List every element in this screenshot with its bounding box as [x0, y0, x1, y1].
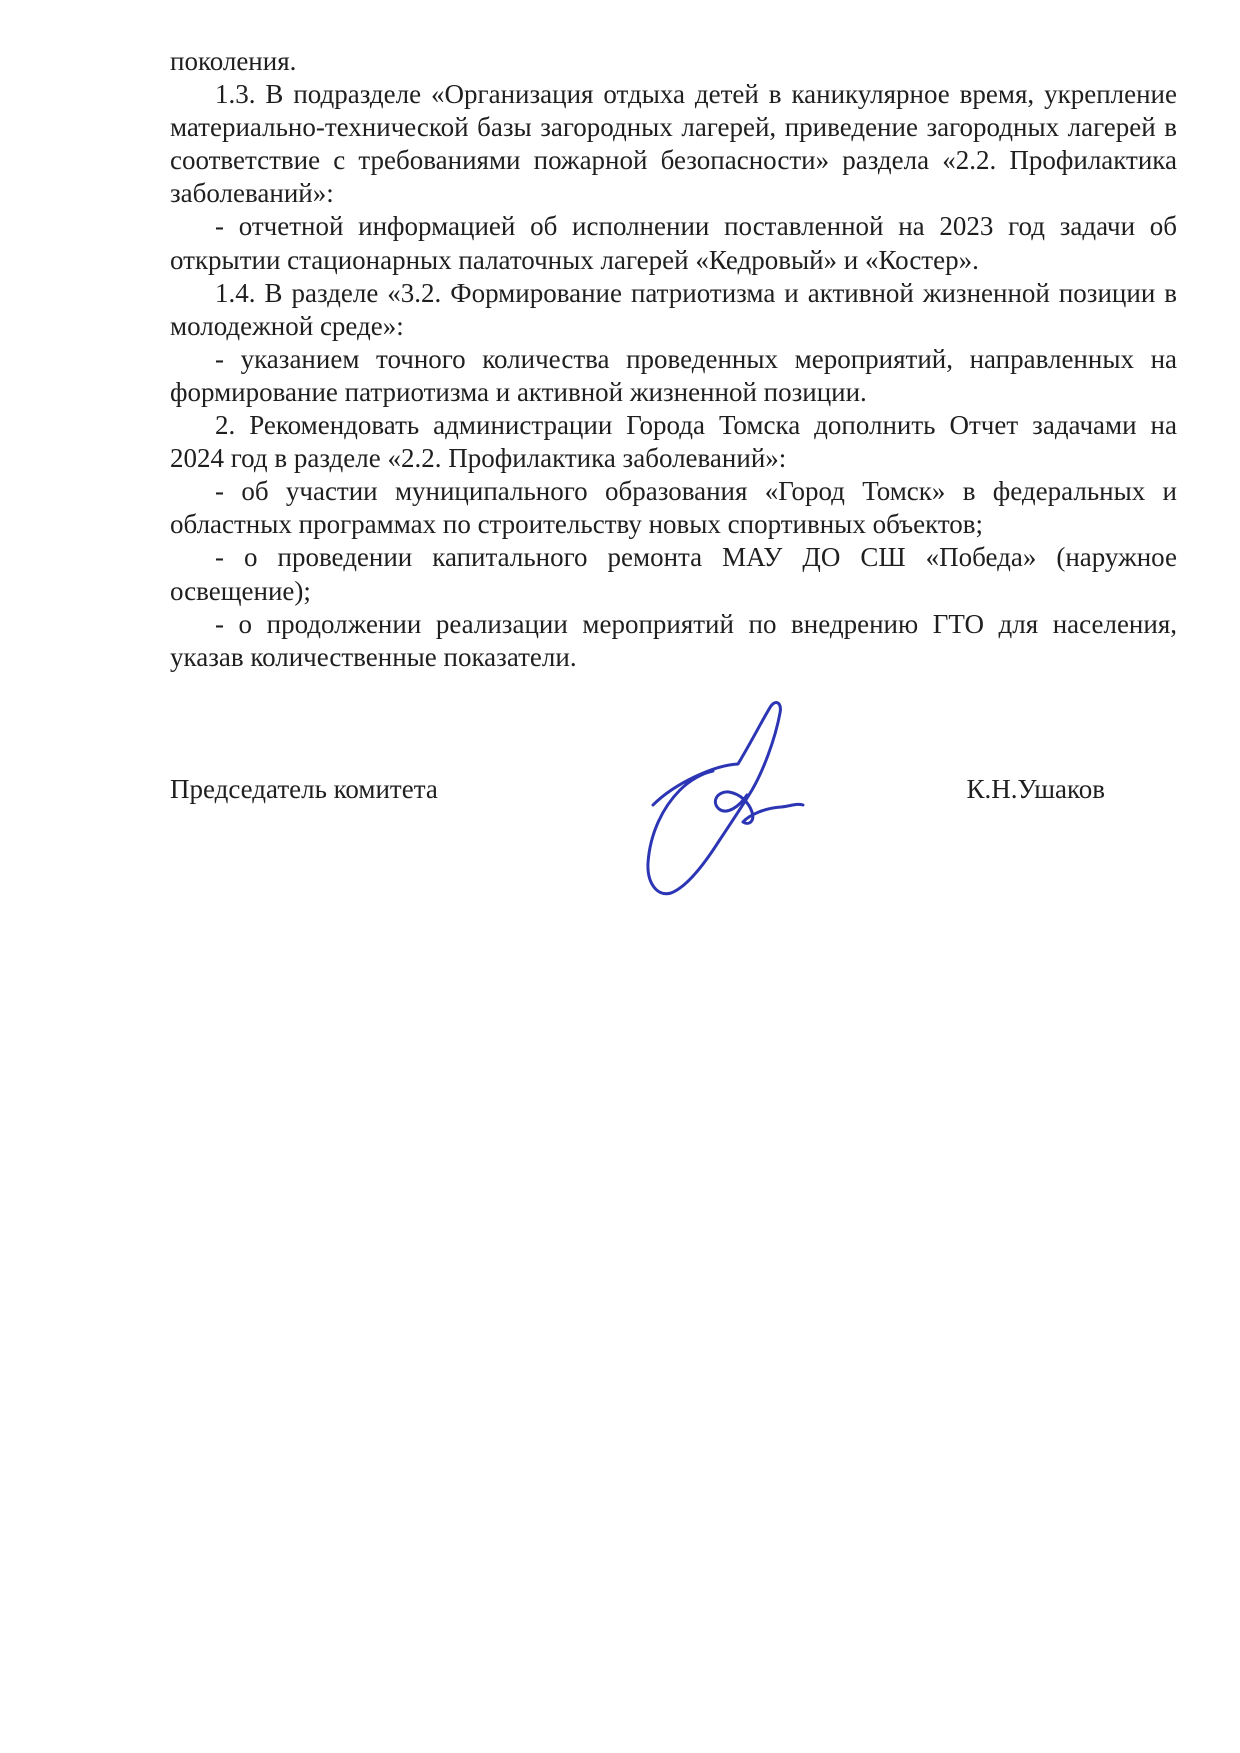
paragraph: - о продолжении реализации мероприятий п…: [170, 608, 1177, 674]
document-page: поколения.1.3. В подразделе «Организация…: [0, 0, 1240, 1753]
paragraph: поколения.: [170, 45, 1177, 78]
paragraph: 1.3. В подразделе «Организация отдыха де…: [170, 78, 1177, 210]
signatory-title: Председатель комитета: [170, 774, 438, 804]
paragraph: - указанием точного количества проведенн…: [170, 343, 1177, 409]
paragraph: 2. Рекомендовать администрации Города То…: [170, 409, 1177, 475]
signature-block: Председатель комитета К.Н.Ушаков: [170, 774, 1177, 804]
signatory-name: К.Н.Ушаков: [966, 774, 1105, 804]
paragraph: - отчетной информацией об исполнении пос…: [170, 210, 1177, 276]
paragraph: - о проведении капитального ремонта МАУ …: [170, 541, 1177, 607]
document-body: поколения.1.3. В подразделе «Организация…: [170, 45, 1177, 674]
paragraph: 1.4. В разделе «3.2. Формирование патрио…: [170, 277, 1177, 343]
paragraph: - об участии муниципального образования …: [170, 475, 1177, 541]
